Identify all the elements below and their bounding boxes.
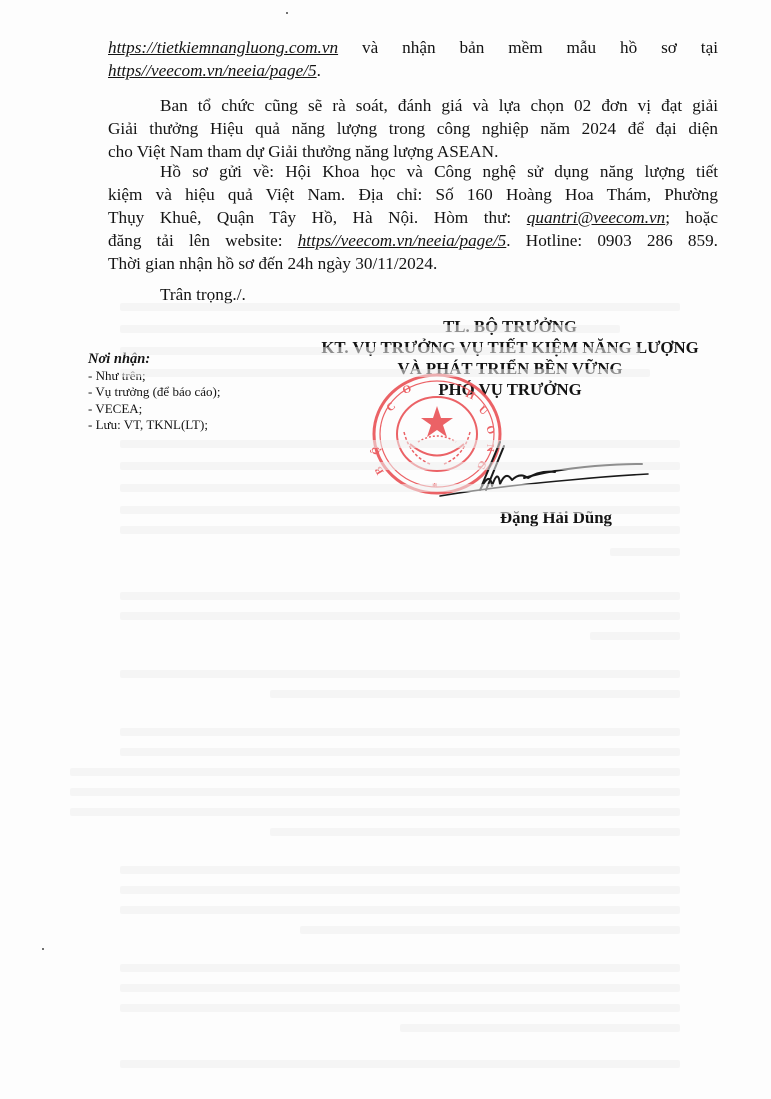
paragraph1-end: .	[317, 61, 321, 80]
recipient-item: - Lưu: VT, TKNL(LT);	[88, 417, 220, 434]
svg-text:C: C	[384, 400, 398, 414]
recipient-item: - Vụ trưởng (để báo cáo);	[88, 384, 220, 401]
website-link[interactable]: https//veecom.vn/neeia/page/5	[298, 231, 507, 250]
document-page: https://tietkiemnangluong.com.vn và nhận…	[0, 0, 771, 1099]
paragraph3-line3a: Thụy Khuê, Quận Tây Hồ, Hà Nội. Hòm thư:	[108, 208, 527, 227]
scan-speck	[42, 948, 44, 950]
paragraph2-line2: Giải thưởng Hiệu quả năng lượng trong cô…	[108, 117, 718, 140]
handwritten-signature-icon	[420, 440, 650, 510]
paragraph3-line4a: đăng tải lên website:	[108, 231, 298, 250]
svg-text:U: U	[476, 404, 490, 418]
paragraph3-hotline: . Hotline: 0903 286 859.	[506, 231, 718, 250]
paragraph-contact: Hồ sơ gửi về: Hội Khoa học và Công nghệ …	[108, 160, 718, 275]
link-veecom-neeia[interactable]: https//veecom.vn/neeia/page/5	[108, 61, 317, 80]
paragraph3-line1: Hồ sơ gửi về: Hội Khoa học và Công nghệ …	[108, 160, 718, 183]
signature-line4: PHÓ VỤ TRƯỞNG	[300, 379, 720, 400]
paragraph1-text: và nhận bản mềm mẫu hồ sơ tại	[338, 38, 718, 57]
recipients-list: Nơi nhận: - Như trên; - Vụ trưởng (để bá…	[88, 351, 220, 434]
recipient-item: - VECEA;	[88, 401, 220, 418]
email-link[interactable]: quantri@veecom.vn	[527, 208, 665, 227]
svg-text:O: O	[483, 424, 497, 437]
paragraph-submission-links: https://tietkiemnangluong.com.vn và nhận…	[108, 36, 718, 82]
scan-speck	[286, 12, 288, 14]
paragraph3-line2: kiệm và hiệu quả Việt Nam. Địa chỉ: Số 1…	[108, 183, 718, 206]
paragraph3-line3b: ; hoặc	[665, 208, 718, 227]
paragraph-selection: Ban tổ chức cũng sẽ rà soát, đánh giá và…	[108, 94, 718, 163]
paragraph2-line1: Ban tổ chức cũng sẽ rà soát, đánh giá và…	[108, 94, 718, 117]
link-tietkiemnangluong[interactable]: https://tietkiemnangluong.com.vn	[108, 38, 338, 57]
paragraph3-deadline: Thời gian nhận hồ sơ đến 24h ngày 30/11/…	[108, 252, 718, 275]
